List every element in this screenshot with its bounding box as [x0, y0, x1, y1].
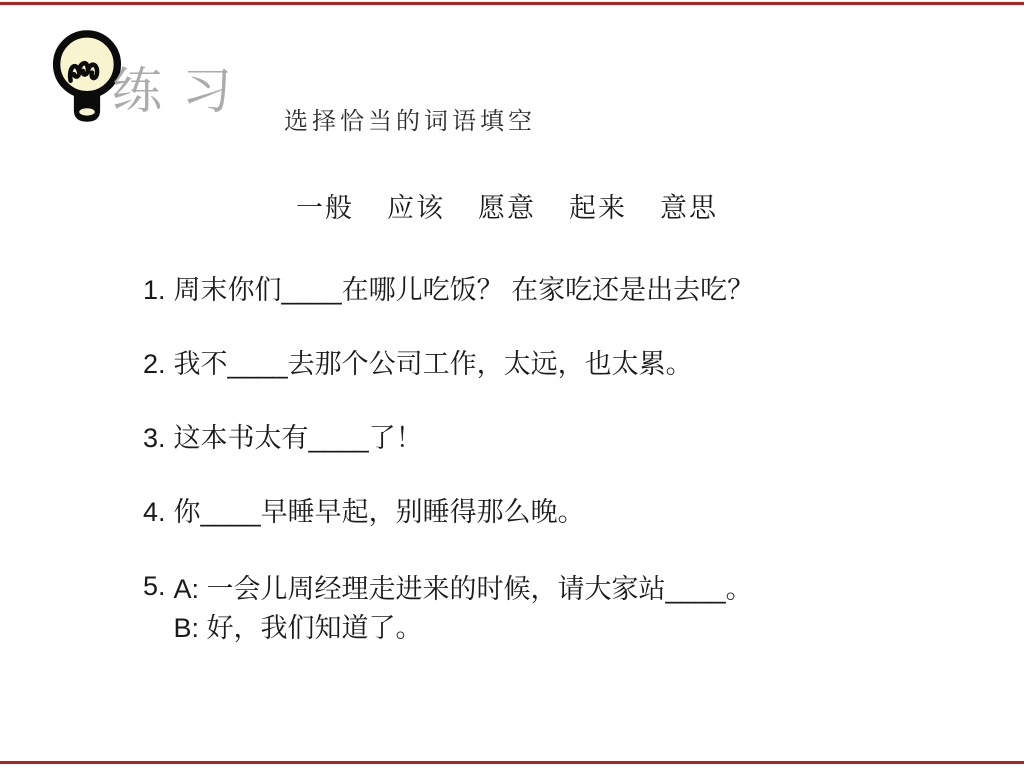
question-number: 3. [143, 422, 166, 454]
exercise-slide: 练习 选择恰当的词语填空 一般 应该 愿意 起来 意思 1. 周末你们____在… [0, 0, 1024, 767]
question-item-1: 1. 周末你们____在哪儿吃饭？ 在家吃还是出去吃？ [143, 274, 754, 306]
question-item-3: 3. 这本书太有____了！ [143, 422, 754, 454]
question-text: 你____早睡早起，别睡得那么晚。 [174, 496, 585, 528]
word-bank-item: 应该 [387, 186, 445, 225]
word-bank-item: 一般 [296, 186, 354, 225]
question-number: 4. [143, 496, 166, 528]
question-dialogue: A: 一会儿周经理走进来的时候，请大家站____。 B: 好，我们知道了。 [174, 570, 753, 648]
question-text-line-a: A: 一会儿周经理走进来的时候，请大家站____。 [174, 570, 753, 609]
question-item-4: 4. 你____早睡早起，别睡得那么晚。 [143, 496, 754, 528]
question-text-line-b: B: 好，我们知道了。 [174, 609, 753, 648]
question-number: 2. [143, 348, 166, 380]
page-title: 练习 [112, 64, 252, 119]
word-bank-item: 意思 [660, 186, 718, 225]
question-text: 我不____去那个公司工作，太远，也太累。 [174, 348, 693, 380]
word-bank: 一般 应该 愿意 起来 意思 [296, 186, 718, 225]
word-bank-item: 起来 [569, 186, 627, 225]
question-text: 周末你们____在哪儿吃饭？ 在家吃还是出去吃？ [174, 274, 755, 306]
instruction-text: 选择恰当的词语填空 [284, 101, 536, 136]
question-number: 5. [143, 570, 166, 648]
question-item-2: 2. 我不____去那个公司工作，太远，也太累。 [143, 348, 754, 380]
question-item-5: 5. A: 一会儿周经理走进来的时候，请大家站____。 B: 好，我们知道了。 [143, 570, 754, 648]
question-list: 1. 周末你们____在哪儿吃饭？ 在家吃还是出去吃？ 2. 我不____去那个… [143, 274, 754, 648]
question-text: 这本书太有____了！ [174, 422, 423, 454]
bottom-accent-rule [0, 761, 1024, 764]
top-accent-rule [0, 2, 1024, 5]
word-bank-item: 愿意 [478, 186, 536, 225]
question-number: 1. [143, 274, 166, 306]
